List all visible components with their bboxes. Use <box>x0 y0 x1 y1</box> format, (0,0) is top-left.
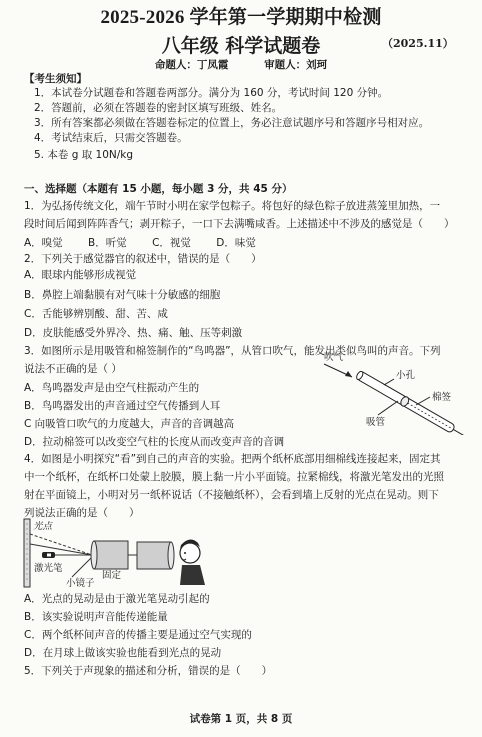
option-c[interactable]: C 向吸管口吹气的力度越大，声音的音调越高 <box>24 417 234 431</box>
label-swab: 棉签 <box>432 391 452 403</box>
option-b[interactable]: B．鼻腔上端黏膜有对气味十分敏感的细胞 <box>24 288 220 302</box>
question-4-stem: 4．如图是小明探究“看”到自己的声音的实验。把两个纸杯底部用细棉线连接起来，固定… <box>24 452 441 466</box>
option-a[interactable]: A．眼球内能够形成视觉 <box>24 268 136 282</box>
option-a[interactable]: A．嗅觉 <box>24 236 63 250</box>
question-2-stem: 2．下列关于感觉器官的叙述中，错误的是（ ） <box>24 252 262 266</box>
option-a[interactable]: A．鸟鸣器发声是由空气柱振动产生的 <box>24 381 199 395</box>
label-hole: 小孔 <box>396 369 416 381</box>
reviewer: 审题人：刘珂 <box>264 59 327 71</box>
notice-item: 4．考试结束后，只需交答题卷。 <box>34 131 188 145</box>
question-1-options: A．嗅觉 B．听觉 C．视觉 D．味觉 <box>24 236 278 250</box>
label-fixed: 固定 <box>102 569 122 581</box>
exam-page: 2025-2026 学年第一学期期中检测 八年级 科学试题卷 （2025.11）… <box>0 0 482 737</box>
option-b[interactable]: B．鸟鸣器发出的声音通过空气传播到人耳 <box>24 399 220 413</box>
option-d[interactable]: D．皮肤能感受外界冷、热、痛、触、压等刺激 <box>24 326 242 340</box>
label-spot: 光点 <box>33 521 54 532</box>
option-b[interactable]: B．听觉 <box>88 236 127 250</box>
bird-whistle-figure: 吹气 小孔 棉签 吸管 <box>300 345 482 435</box>
question-1-stem: 1．为弘扬传统文化，端午节时小明在家学包粽子。将包好的绿色粽子放进蒸笼里加热，一 <box>24 199 440 213</box>
notice-heading: 【考生须知】 <box>24 72 87 86</box>
option-a[interactable]: A．光点的晃动是由于激光笔晃动引起的 <box>24 592 210 606</box>
notice-item: 3．所有答案都必须做在答题卷标定的位置上，务必注意试题序号和答题序号相对应。 <box>34 116 429 130</box>
label-straw: 吸管 <box>366 416 386 428</box>
notice-item: 5. 本卷 g 取 10N/kg <box>34 148 133 162</box>
option-c[interactable]: C．舌能够辨别酸、甜、苦、咸 <box>24 307 168 321</box>
author: 命题人：丁凤霞 <box>155 59 229 71</box>
option-b[interactable]: B．该实验说明声音能传递能量 <box>24 610 168 624</box>
question-3-stem: 说法不正确的是（ ） <box>24 362 122 376</box>
option-c[interactable]: C．视觉 <box>152 236 191 250</box>
option-d[interactable]: D．在月球上做该实验也能看到光点的晃动 <box>24 646 221 660</box>
page-footer: 试卷第 1 页，共 8 页 <box>0 711 482 726</box>
label-mirror: 小镜子 <box>66 577 95 589</box>
exam-date: （2025.11） <box>382 35 454 51</box>
question-4-stem: 射在平面镜上，小明对另一纸杯说话（不接触纸杯），会看到墙上反射的光点在晃动。则下 <box>24 488 439 502</box>
section-heading: 一、选择题（本题有 15 小题，每小题 3 分，共 45 分） <box>24 182 292 196</box>
exam-title: 2025-2026 学年第一学期期中检测 <box>0 2 482 29</box>
question-4-stem: 中一个纸杯，在纸杯口处蒙上胶膜，膜上黏一片小平面镜。拉紧棉线，将激光笔发出的光照 <box>24 470 444 484</box>
question-5-stem: 5．下列关于声现象的描述和分析，错误的是（ ） <box>24 664 272 678</box>
label-blow: 吹气 <box>324 351 344 363</box>
notice-item: 2．答题前，必须在答题卷的密封区填写班级、姓名。 <box>34 101 282 115</box>
label-laser: 激光笔 <box>34 562 63 574</box>
paper-cup-figure: 光点 激光笔 小镜子 固定 <box>0 515 240 590</box>
option-c[interactable]: C．两个纸杯间声音的传播主要是通过空气实现的 <box>24 628 252 642</box>
question-1-stem: 段时间后闻到阵阵香气；剥开粽子，一口下去满嘴咸香。上述描述中不涉及的感觉是（ ） <box>24 217 455 231</box>
exam-authors: 命题人：丁凤霞 审题人：刘珂 <box>0 57 482 72</box>
option-d[interactable]: D．味觉 <box>216 236 256 250</box>
notice-item: 1．本试卷分试题卷和答题卷两部分。满分为 160 分，考试时间 120 分钟。 <box>34 86 388 100</box>
option-d[interactable]: D．拉动棉签可以改变空气柱的长度从而改变声音的音调 <box>24 435 284 449</box>
